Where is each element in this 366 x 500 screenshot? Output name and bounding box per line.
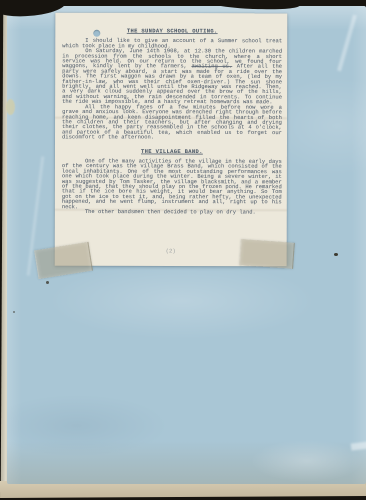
dirt-speck — [334, 253, 338, 256]
scanned-album-photo: THE SUNDAY SCHOOL OUTING. I should like … — [0, 0, 366, 500]
page-number: (2) — [89, 248, 251, 255]
paragraph: The other bandsmen then decided to play … — [62, 210, 282, 216]
tape-strip-right — [239, 239, 295, 269]
paragraph: All the happy faces of a few minutes bef… — [62, 105, 282, 141]
typed-text-block: THE SUNDAY SCHOOL OUTING. I should like … — [62, 29, 283, 250]
crease-highlight — [351, 440, 366, 450]
paragraph: One of the many activities of the villag… — [62, 159, 282, 210]
section-1-heading: THE SUNDAY SCHOOL OUTING. — [62, 29, 282, 35]
section-2-heading: THE VILLAGE BAND. — [62, 149, 282, 155]
typed-letter-sheet: THE SUNDAY SCHOOL OUTING. I should like … — [55, 13, 288, 267]
dirt-speck — [46, 281, 49, 284]
crease-highlight — [337, 15, 357, 72]
paragraph: On Saturday, June 14th 1908, at 12.30 th… — [62, 49, 282, 105]
paragraph-text: After all the party were safely aboard, … — [62, 64, 282, 106]
photo-edge-shadow — [60, 0, 220, 6]
stain-spot — [6, 99, 15, 115]
dirt-speck — [13, 311, 15, 313]
